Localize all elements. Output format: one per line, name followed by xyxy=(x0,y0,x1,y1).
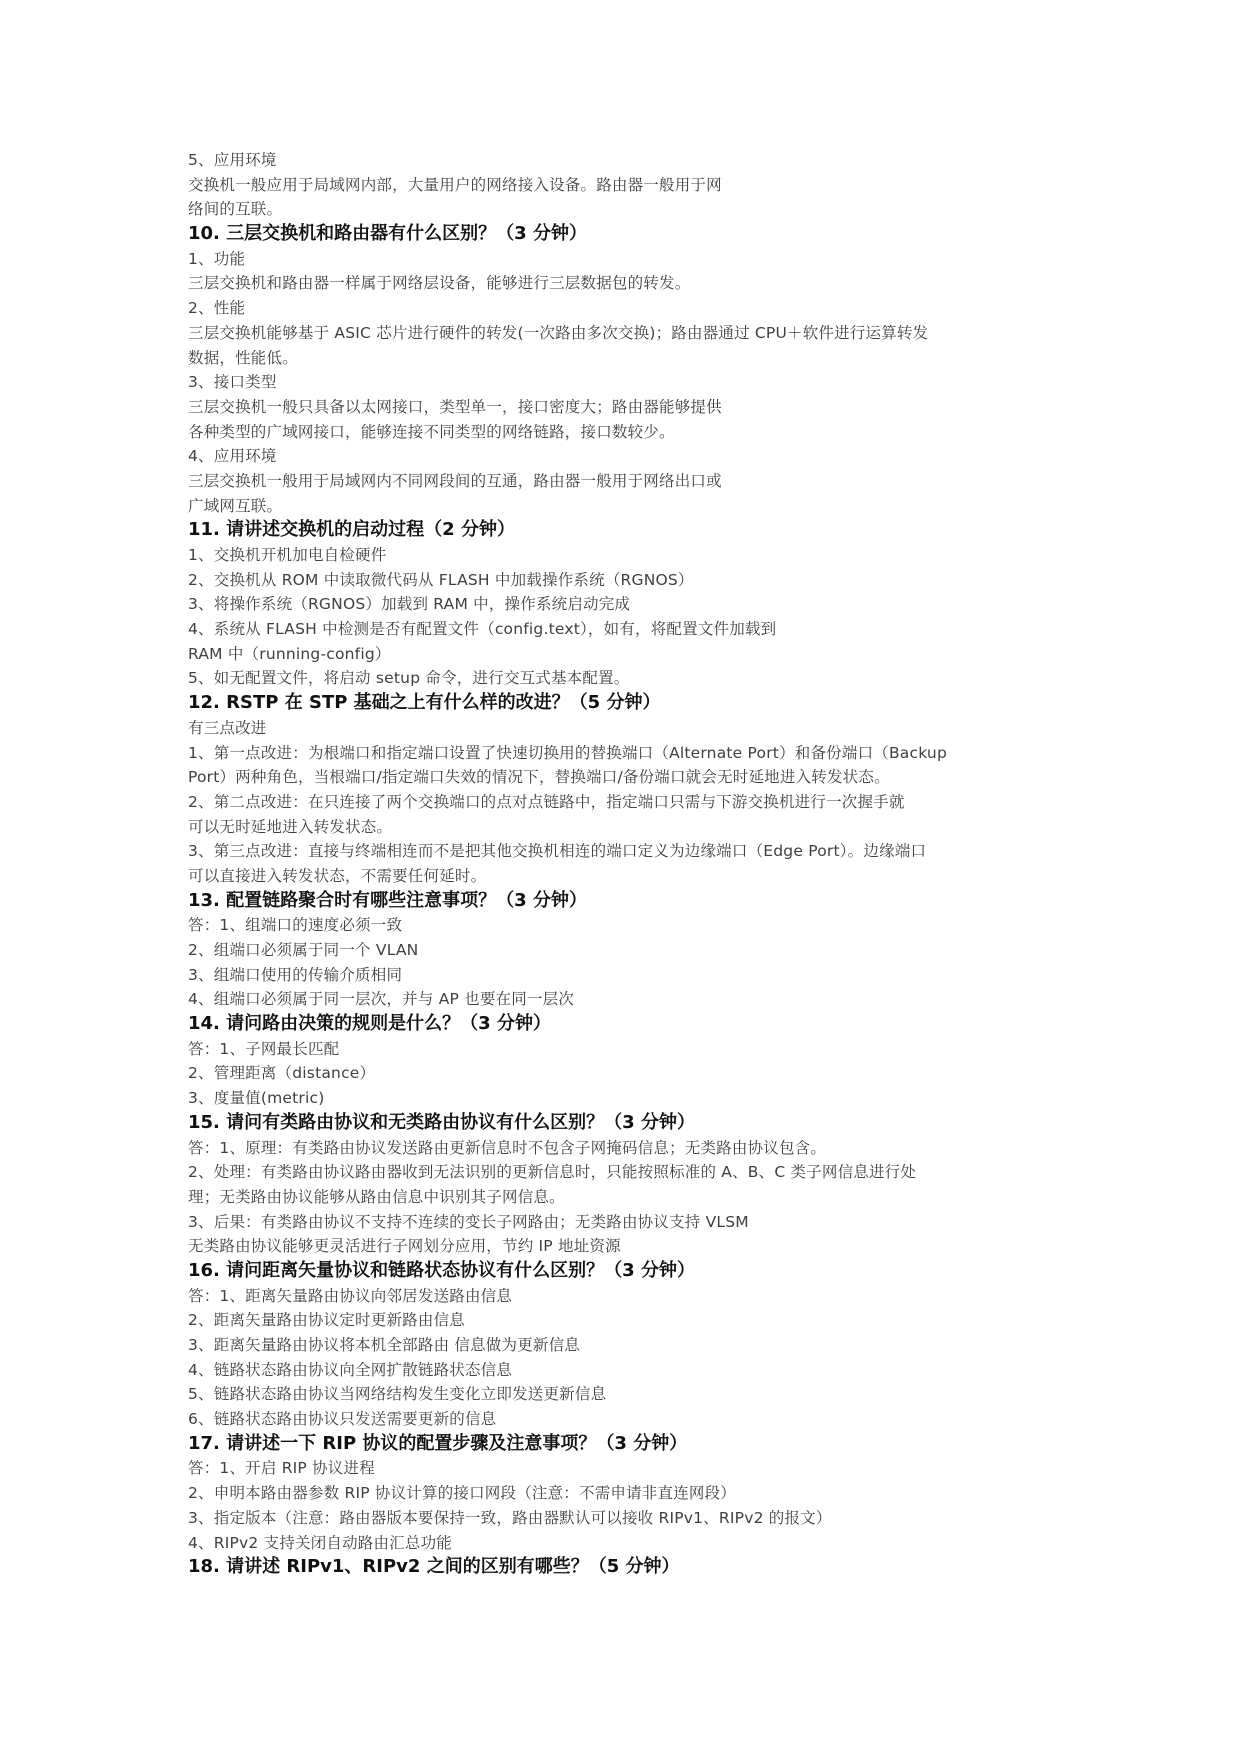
body-text-line: 5、链路状态路由协议当网络结构发生变化立即发送更新信息 xyxy=(188,1382,1058,1407)
body-text-line: 3、距离矢量路由协议将本机全部路由 信息做为更新信息 xyxy=(188,1333,1058,1358)
body-text-line: 1、第一点改进：为根端口和指定端口设置了快速切换用的替换端口（Alternate… xyxy=(188,741,1058,766)
question-heading: 15. 请问有类路由协议和无类路由协议有什么区别？（3 分钟） xyxy=(188,1111,1058,1136)
question-heading: 17. 请讲述一下 RIP 协议的配置步骤及注意事项？（3 分钟） xyxy=(188,1432,1058,1457)
body-text-line: 理；无类路由协议能够从路由信息中识别其子网信息。 xyxy=(188,1185,1058,1210)
question-heading: 14. 请问路由决策的规则是什么？（3 分钟） xyxy=(188,1012,1058,1037)
body-text-line: 4、链路状态路由协议向全网扩散链路状态信息 xyxy=(188,1358,1058,1383)
body-text-line: 2、第二点改进：在只连接了两个交换端口的点对点链路中，指定端口只需与下游交换机进… xyxy=(188,790,1058,815)
body-text-line: RAM 中（running-config） xyxy=(188,642,1058,667)
body-text-line: 4、RIPv2 支持关闭自动路由汇总功能 xyxy=(188,1531,1058,1556)
body-text-line: 2、性能 xyxy=(188,296,1058,321)
body-text-line: 三层交换机能够基于 ASIC 芯片进行硬件的转发(一次路由多次交换)；路由器通过… xyxy=(188,321,1058,346)
body-text-line: Port）两种角色，当根端口/指定端口失效的情况下，替换端口/备份端口就会无时延… xyxy=(188,765,1058,790)
body-text-line: 答：1、开启 RIP 协议进程 xyxy=(188,1456,1058,1481)
body-text-line: 6、链路状态路由协议只发送需要更新的信息 xyxy=(188,1407,1058,1432)
question-heading: 18. 请讲述 RIPv1、RIPv2 之间的区别有哪些？（5 分钟） xyxy=(188,1555,1058,1580)
body-text-line: 4、应用环境 xyxy=(188,444,1058,469)
body-text-line: 答：1、距离矢量路由协议向邻居发送路由信息 xyxy=(188,1284,1058,1309)
question-heading: 16. 请问距离矢量协议和链路状态协议有什么区别？（3 分钟） xyxy=(188,1259,1058,1284)
body-text-line: 答：1、子网最长匹配 xyxy=(188,1037,1058,1062)
body-text-line: 答：1、组端口的速度必须一致 xyxy=(188,913,1058,938)
question-heading: 11. 请讲述交换机的启动过程（2 分钟） xyxy=(188,518,1058,543)
body-text-line: 4、组端口必须属于同一层次，并与 AP 也要在同一层次 xyxy=(188,987,1058,1012)
body-text-line: 2、交换机从 ROM 中读取微代码从 FLASH 中加载操作系统（RGNOS） xyxy=(188,568,1058,593)
body-text-line: 1、交换机开机加电自检硬件 xyxy=(188,543,1058,568)
body-text-line: 2、组端口必须属于同一个 VLAN xyxy=(188,938,1058,963)
document-page: 5、应用环境交换机一般应用于局域网内部，大量用户的网络接入设备。路由器一般用于网… xyxy=(188,148,1058,1580)
body-text-line: 2、申明本路由器参数 RIP 协议计算的接口网段（注意：不需申请非直连网段） xyxy=(188,1481,1058,1506)
body-text-line: 三层交换机和路由器一样属于网络层设备，能够进行三层数据包的转发。 xyxy=(188,271,1058,296)
question-heading: 10. 三层交换机和路由器有什么区别？（3 分钟） xyxy=(188,222,1058,247)
body-text-line: 1、功能 xyxy=(188,247,1058,272)
body-text-line: 5、如无配置文件，将启动 setup 命令，进行交互式基本配置。 xyxy=(188,666,1058,691)
body-text-line: 3、接口类型 xyxy=(188,370,1058,395)
body-text-line: 3、度量值(metric) xyxy=(188,1086,1058,1111)
body-text-line: 各种类型的广域网接口，能够连接不同类型的网络链路，接口数较少。 xyxy=(188,420,1058,445)
body-text-line: 2、管理距离（distance） xyxy=(188,1061,1058,1086)
question-heading: 12. RSTP 在 STP 基础之上有什么样的改进？（5 分钟） xyxy=(188,691,1058,716)
body-text-line: 3、指定版本（注意：路由器版本要保持一致，路由器默认可以接收 RIPv1、RIP… xyxy=(188,1506,1058,1531)
body-text-line: 无类路由协议能够更灵活进行子网划分应用，节约 IP 地址资源 xyxy=(188,1234,1058,1259)
body-text-line: 3、将操作系统（RGNOS）加载到 RAM 中，操作系统启动完成 xyxy=(188,592,1058,617)
body-text-line: 交换机一般应用于局域网内部，大量用户的网络接入设备。路由器一般用于网 xyxy=(188,173,1058,198)
body-text-line: 2、处理：有类路由协议路由器收到无法识别的更新信息时，只能按照标准的 A、B、C… xyxy=(188,1160,1058,1185)
question-heading: 13. 配置链路聚合时有哪些注意事项？（3 分钟） xyxy=(188,889,1058,914)
body-text-line: 3、组端口使用的传输介质相同 xyxy=(188,963,1058,988)
body-text-line: 5、应用环境 xyxy=(188,148,1058,173)
body-text-line: 数据，性能低。 xyxy=(188,346,1058,371)
body-text-line: 3、后果：有类路由协议不支持不连续的变长子网路由；无类路由协议支持 VLSM xyxy=(188,1210,1058,1235)
body-text-line: 3、第三点改进：直接与终端相连而不是把其他交换机相连的端口定义为边缘端口（Edg… xyxy=(188,839,1058,864)
body-text-line: 络间的互联。 xyxy=(188,197,1058,222)
body-text-line: 广域网互联。 xyxy=(188,494,1058,519)
body-text-line: 可以直接进入转发状态，不需要任何延时。 xyxy=(188,864,1058,889)
body-text-line: 可以无时延地进入转发状态。 xyxy=(188,815,1058,840)
body-text-line: 答：1、原理：有类路由协议发送路由更新信息时不包含子网掩码信息；无类路由协议包含… xyxy=(188,1136,1058,1161)
body-text-line: 三层交换机一般只具备以太网接口，类型单一，接口密度大；路由器能够提供 xyxy=(188,395,1058,420)
body-text-line: 三层交换机一般用于局域网内不同网段间的互通，路由器一般用于网络出口或 xyxy=(188,469,1058,494)
body-text-line: 有三点改进 xyxy=(188,716,1058,741)
body-text-line: 4、系统从 FLASH 中检测是否有配置文件（config.text），如有，将… xyxy=(188,617,1058,642)
body-text-line: 2、距离矢量路由协议定时更新路由信息 xyxy=(188,1308,1058,1333)
